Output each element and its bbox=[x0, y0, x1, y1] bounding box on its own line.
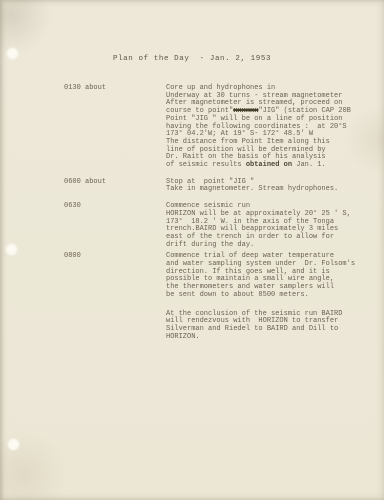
text-line: drift during the day. bbox=[166, 242, 370, 250]
document-body: 0130 about Core up and hydrophones in Un… bbox=[64, 85, 370, 341]
closing-paragraph: At the conclusion of the seismic run BAI… bbox=[166, 311, 370, 342]
schedule-entry-0600: 0600 about Stop at point "JIG " Take in … bbox=[64, 179, 370, 194]
schedule-entry-0630: 0630 Commence seismic run HORIZON will b… bbox=[64, 203, 370, 249]
text-segment: "JIG" (station CAP 20B bbox=[258, 107, 350, 115]
punch-hole-middle bbox=[6, 244, 17, 255]
schedule-entry-0130: 0130 about Core up and hydrophones in Un… bbox=[64, 85, 370, 170]
entry-text: Commence trial of deep water temperature… bbox=[166, 253, 370, 341]
punch-hole-bottom bbox=[8, 439, 19, 450]
document-page: Plan of the Day - Jan. 2, 1953 0130 abou… bbox=[0, 0, 384, 500]
document-title: Plan of the Day - Jan. 2, 1953 bbox=[0, 55, 384, 63]
entry-text: Stop at point "JIG " Take in magnetomete… bbox=[166, 179, 370, 194]
struck-out-text: xxxxxx bbox=[233, 107, 258, 115]
text-line: of seismic results obtained on Jan. 1. bbox=[166, 162, 370, 170]
text-line: HORIZON. bbox=[166, 334, 370, 342]
entry-text: Core up and hydrophones in Underway at 3… bbox=[166, 85, 370, 170]
text-line: Take in magnetometer. Stream hydrophones… bbox=[166, 186, 370, 194]
text-segment: of seismic results bbox=[166, 161, 246, 169]
entry-text: Commence seismic run HORIZON will be at … bbox=[166, 203, 370, 249]
overtyped-bold-text: obtained on bbox=[246, 161, 292, 169]
entry-time: 0800 bbox=[64, 253, 166, 261]
text-segment: course to point" bbox=[166, 107, 233, 115]
entry-time: 0600 about bbox=[64, 179, 166, 187]
entry-time: 0130 about bbox=[64, 85, 166, 93]
schedule-entry-0800: 0800 Commence trial of deep water temper… bbox=[64, 253, 370, 341]
entry-time: 0630 bbox=[64, 203, 166, 211]
text-line: be sent down to about 8500 meters. bbox=[166, 292, 370, 300]
text-segment: Jan. 1. bbox=[292, 161, 326, 169]
